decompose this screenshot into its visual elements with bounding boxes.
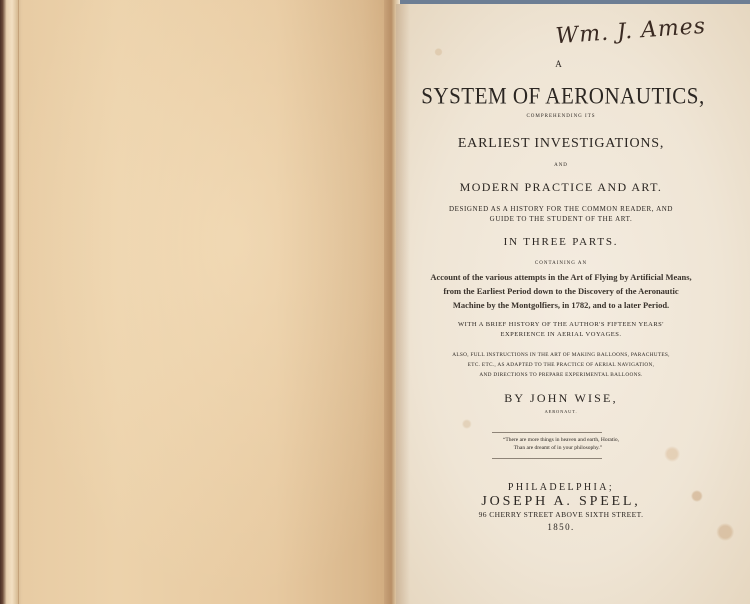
publication-year: 1850. (372, 522, 750, 532)
history-line-2: EXPERIENCE IN AERIAL VOYAGES. (372, 331, 750, 338)
designed-line-1: DESIGNED AS A HISTORY FOR THE COMMON REA… (372, 205, 750, 213)
epigraph-rule-bottom (492, 458, 602, 459)
book-spread: Wm. J. Ames A SYSTEM OF AERONAUTICS, COM… (0, 0, 750, 604)
epigraph-line-2: Than are dreamt of in your philosophy.” (366, 445, 750, 451)
instructions-line-1: ALSO, FULL INSTRUCTIONS IN THE ART OF MA… (372, 352, 750, 358)
comprehending-label: COMPREHENDING ITS (372, 114, 750, 119)
book-title: SYSTEM OF AERONAUTICS, (376, 83, 750, 111)
account-line-1: Account of the various attempts in the A… (372, 272, 750, 282)
left-blank-page (0, 0, 394, 604)
publisher-address: 96 CHERRY STREET ABOVE SIXTH STREET. (372, 510, 750, 519)
containing-label: CONTAINING AN (372, 261, 750, 266)
epigraph-rule-top (492, 432, 602, 433)
account-line-3: Machine by the Montgolfiers, in 1782, an… (372, 300, 750, 310)
book-cover-edge (0, 0, 22, 604)
owner-signature: Wm. J. Ames (555, 12, 737, 64)
author-name: BY JOHN WISE, (372, 391, 750, 406)
subtitle-modern: MODERN PRACTICE AND ART. (372, 180, 750, 195)
publisher-name: JOSEPH A. SPEEL, (372, 494, 750, 510)
title-article: A (368, 59, 750, 69)
instructions-line-3: AND DIRECTIONS TO PREPARE EXPERIMENTAL B… (372, 372, 750, 378)
and-label: AND (372, 163, 750, 168)
publisher-city: PHILADELPHIA; (372, 482, 750, 493)
account-line-2: from the Earliest Period down to the Dis… (372, 286, 750, 296)
title-page: Wm. J. Ames A SYSTEM OF AERONAUTICS, COM… (396, 4, 750, 604)
instructions-line-2: ETC. ETC., AS ADAPTED TO THE PRACTICE OF… (372, 362, 750, 368)
designed-line-2: GUIDE TO THE STUDENT OF THE ART. (372, 215, 750, 223)
history-line-1: WITH A BRIEF HISTORY OF THE AUTHOR'S FIF… (372, 321, 750, 328)
parts-heading: IN THREE PARTS. (372, 236, 750, 248)
author-title: AERONAUT. (372, 409, 750, 414)
subtitle-earliest: EARLIEST INVESTIGATIONS, (372, 136, 750, 152)
epigraph-line-1: “There are more things in heaven and ear… (372, 437, 750, 443)
